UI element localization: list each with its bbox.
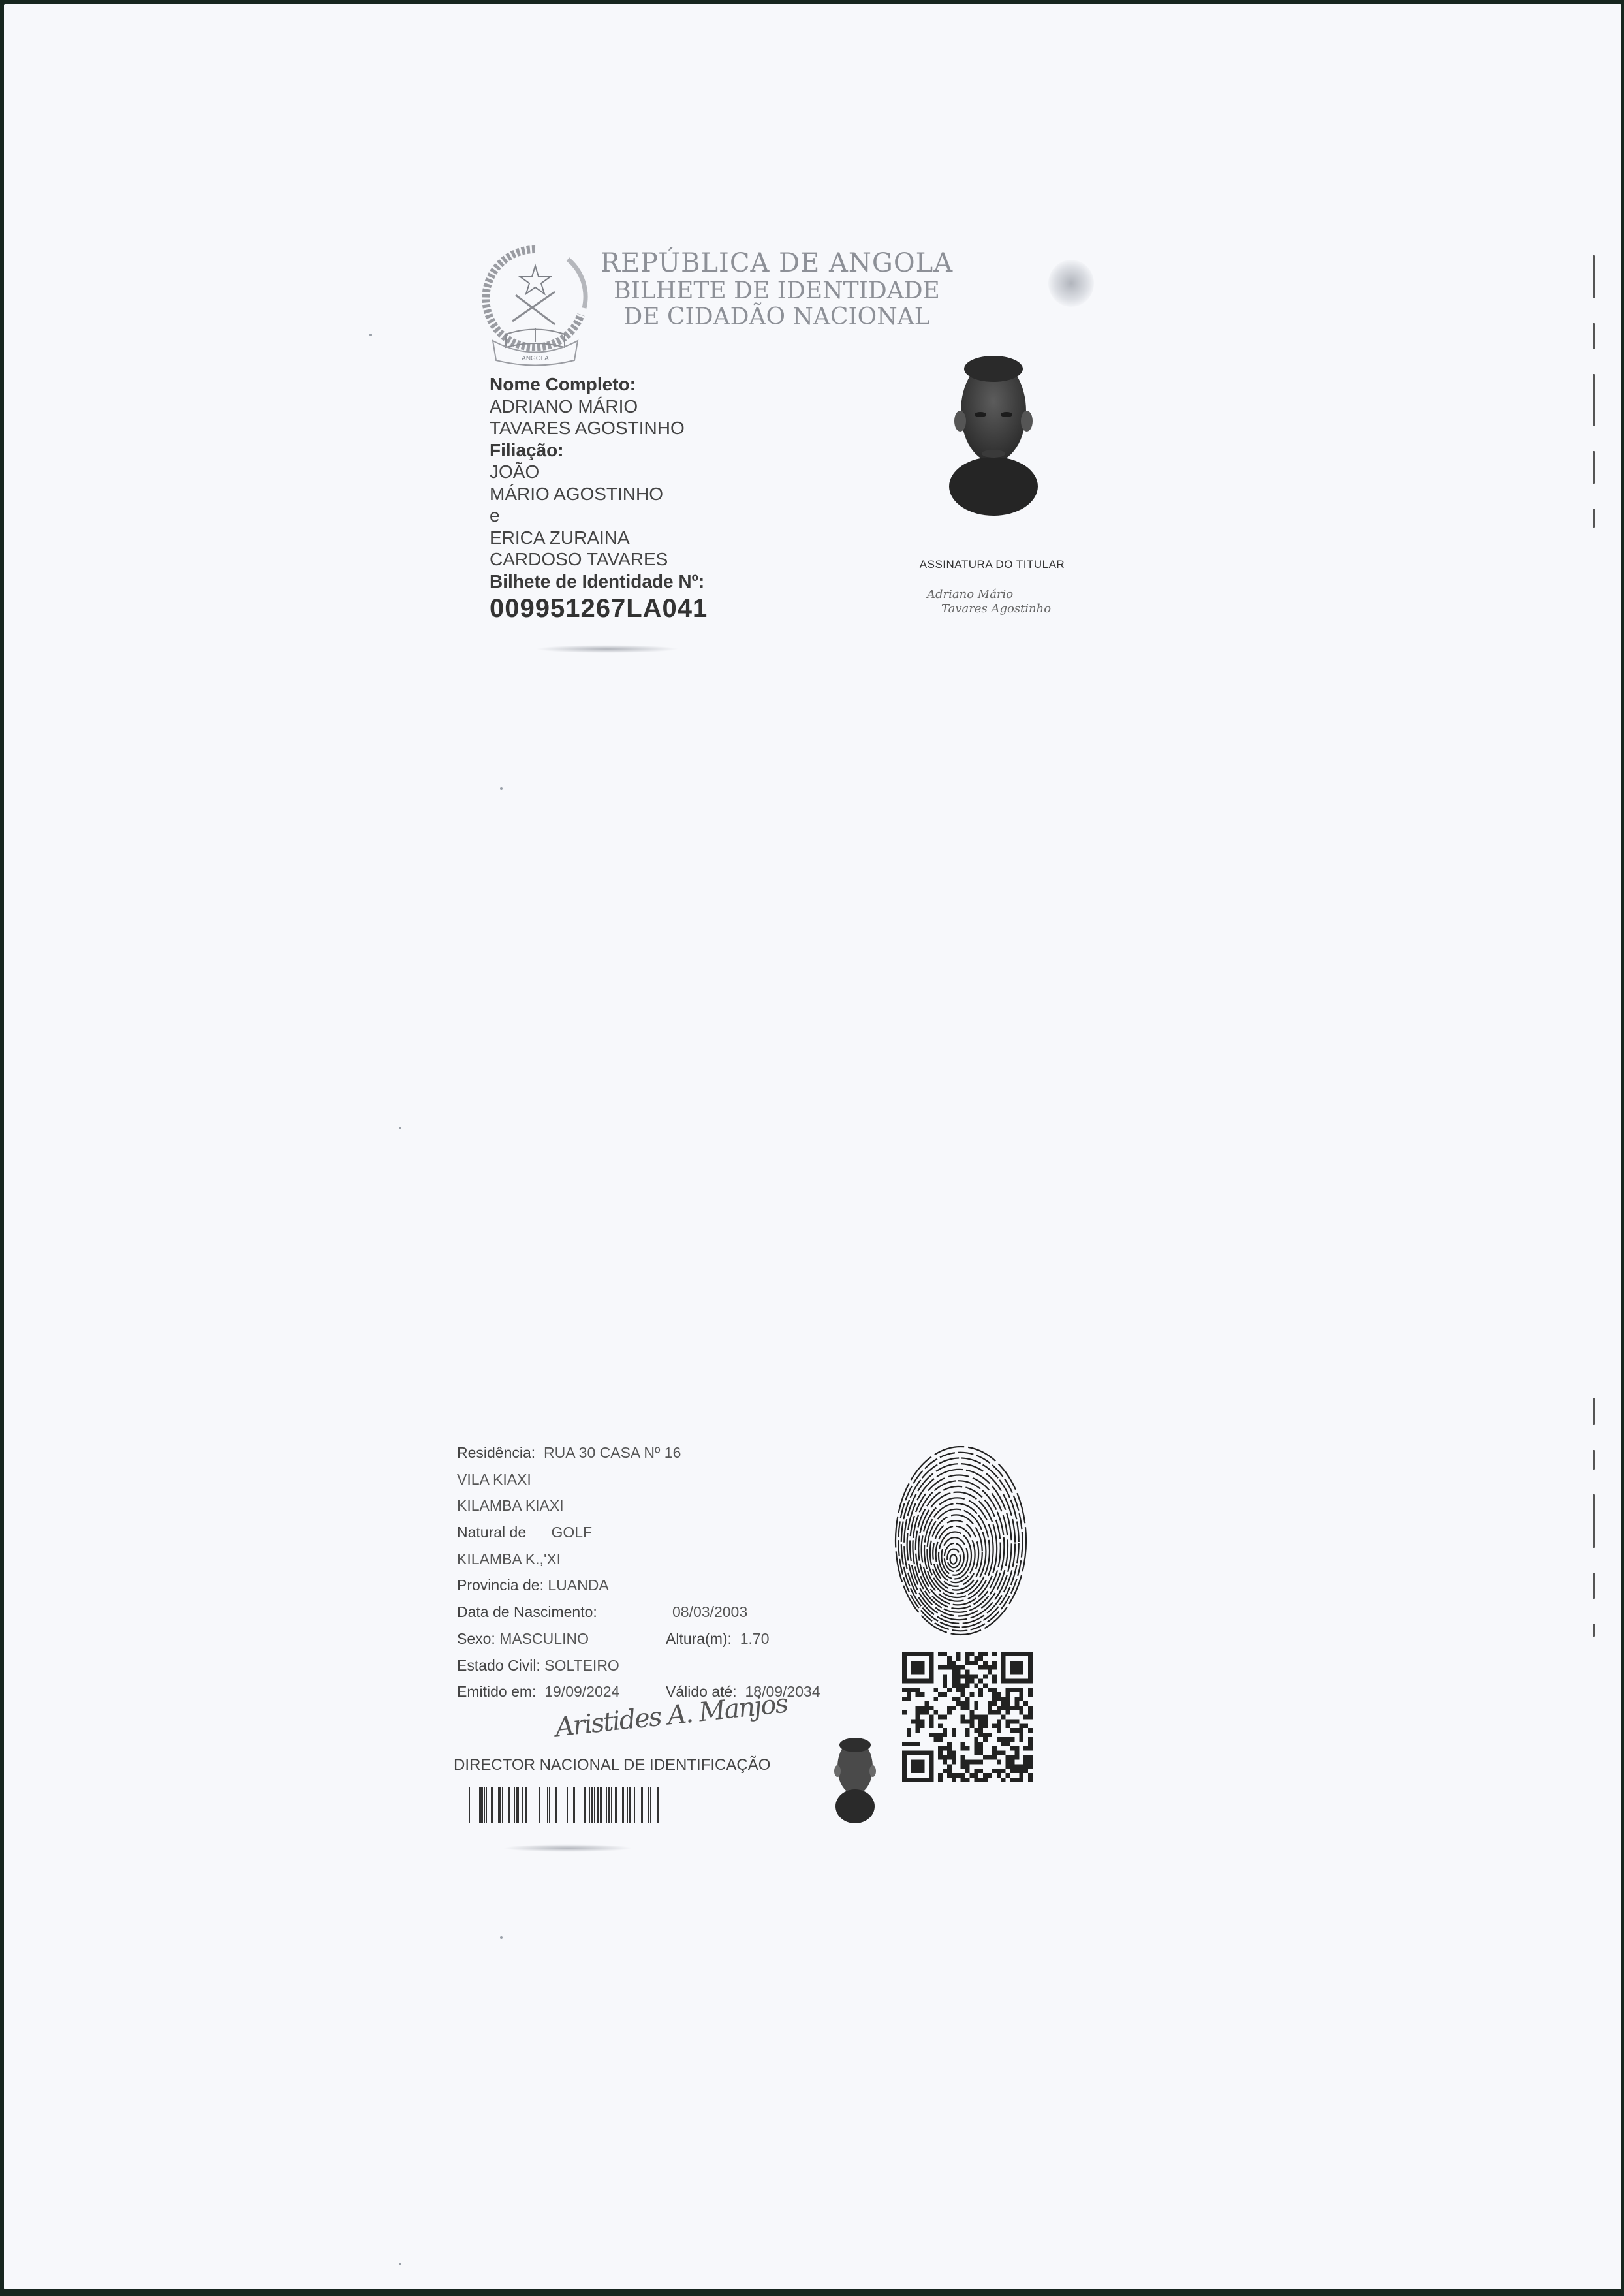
holder-portrait-photo [945, 349, 1042, 519]
issued-label: Emitido em: [457, 1683, 536, 1700]
birth-date-label: Data de Nascimento: [457, 1603, 597, 1620]
back-details: Residência: RUA 30 CASA Nº 16 VILA KIAXI… [457, 1444, 681, 1710]
angola-coat-of-arms-icon: ANGOLA [476, 243, 594, 370]
sex-label: Sexo: [457, 1630, 495, 1647]
province-label: Provincia de: [457, 1577, 544, 1594]
sex-value: MASCULINO [499, 1630, 589, 1647]
signature-label: ASSINATURA DO TITULAR [881, 558, 1103, 571]
card-title-line2: DE CIDADÃO NACIONAL [594, 304, 960, 330]
birthplace-line2: KILAMBA K.,'XI [457, 1550, 681, 1577]
province-value: LUANDA [548, 1577, 608, 1594]
card-header: REPÚBLICA DE ANGOLA BILHETE DE IDENTIDAD… [594, 248, 960, 330]
birth-date-value: 08/03/2003 [672, 1603, 747, 1621]
residence-line3: KILAMBA KIAXI [457, 1497, 681, 1524]
scan-speck [399, 1127, 401, 1129]
birthplace-line1: GOLF [551, 1524, 592, 1541]
card-edge-shadow [503, 1844, 633, 1852]
fingerprint-icon [888, 1446, 1031, 1655]
scan-edge-marks [1593, 1398, 1595, 1661]
id-number-label: Bilhete de Identidade Nº: [490, 571, 708, 593]
residence-line1: RUA 30 CASA Nº 16 [544, 1444, 681, 1461]
marital-status-value: SOLTEIRO [544, 1657, 619, 1674]
director-title: DIRECTOR NACIONAL DE IDENTIFICAÇÃO [454, 1756, 770, 1774]
holder-signature: Adriano Mário Tavares Agostinho [927, 588, 1051, 616]
scan-speck [369, 334, 372, 336]
qr-code-icon [902, 1652, 1033, 1782]
scan-speck [399, 2263, 401, 2265]
card-edge-shadow [535, 645, 679, 653]
father-name-line1: JOÃO [490, 461, 708, 483]
birthplace-label: Natural de [457, 1524, 526, 1541]
mother-name-line1: ERICA ZURAINA [490, 527, 708, 549]
full-name-line2: TAVARES AGOSTINHO [490, 417, 708, 439]
issued-date: 19/09/2024 [544, 1683, 619, 1700]
filiation-conjunction: e [490, 505, 708, 527]
father-name-line2: MÁRIO AGOSTINHO [490, 483, 708, 505]
residence-label: Residência: [457, 1444, 535, 1461]
id-card-back: Residência: RUA 30 CASA Nº 16 VILA KIAXI… [450, 1436, 1051, 1854]
filiation-label: Filiação: [490, 439, 708, 462]
id-number: 009951267LA041 [490, 593, 708, 623]
svg-text:ANGOLA: ANGOLA [522, 355, 549, 362]
scan-edge-marks [1593, 255, 1595, 553]
height-value: 1.70 [740, 1630, 770, 1647]
height-label: Altura(m): [666, 1630, 732, 1647]
holder-details: Nome Completo: ADRIANO MÁRIO TAVARES AGO… [490, 373, 708, 623]
full-name-label: Nome Completo: [490, 373, 708, 396]
full-name-line1: ADRIANO MÁRIO [490, 396, 708, 418]
holder-portrait-photo-small [829, 1733, 881, 1825]
barcode-icon [469, 1787, 659, 1823]
scan-speck [500, 1936, 503, 1939]
residence-line2: VILA KIAXI [457, 1471, 681, 1498]
id-card-front: ANGOLA REPÚBLICA DE ANGOLA BILHETE DE ID… [470, 235, 1123, 666]
country-name: REPÚBLICA DE ANGOLA [594, 248, 960, 278]
card-title-line1: BILHETE DE IDENTIDADE [594, 278, 960, 304]
scan-speck [500, 787, 503, 790]
marital-status-label: Estado Civil: [457, 1657, 540, 1674]
mother-name-line2: CARDOSO TAVARES [490, 548, 708, 571]
